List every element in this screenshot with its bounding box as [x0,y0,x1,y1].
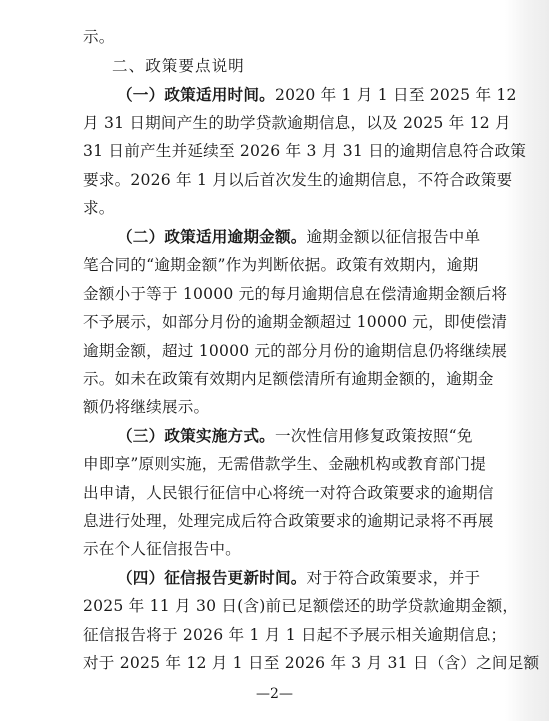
paragraph-2-title: （二）政策适用逾期金额。 [117,228,307,246]
paragraph-3-title: （三）政策实施方式。 [117,427,275,445]
paragraph-2-line: 笔合同的“逾期金额”作为判断依据。政策有效期内，逾期 [83,255,445,275]
section-heading: 二、政策要点说明 [112,56,245,76]
paragraph-3-line: 示在个人征信报告中。 [83,539,445,559]
paragraph-1-first-line: （一）政策适用时间。2020 年 1 月 1 日至 2025 年 12 [117,85,445,105]
paragraph-2-line: 示。如未在政策有效期内足额偿清所有逾期金额的，逾期金 [83,369,445,389]
paragraph-3-line: 息进行处理，处理完成后符合政策要求的逾期记录将不再展 [83,511,445,531]
paragraph-1-line: 月 31 日期间产生的助学贷款逾期信息，以及 2025 年 12 月 [83,113,445,133]
paragraph-2-line: 逾期金额，超过 10000 元的部分月份的逾期信息仍将继续展 [83,341,445,361]
paragraph-4-first-line: （四）征信报告更新时间。对于符合政策要求，并于 [117,568,445,588]
paragraph-2-line: 额仍将继续展示。 [83,397,445,417]
paragraph-2-line: 不予展示，如部分月份的逾期金额超过 10000 元，即使偿清 [83,312,445,332]
paragraph-3-line: 出申请，人民银行征信中心将统一对符合政策要求的逾期信 [83,483,445,503]
paragraph-3-first-line: （三）政策实施方式。一次性信用修复政策按照“免 [117,426,445,446]
paragraph-4-line: 2025 年 11 月 30 日(含)前已足额偿还的助学贷款逾期金额， [83,596,445,616]
paragraph-1-title: （一）政策适用时间。 [117,86,275,104]
paragraph-1-line: 31 日前产生并延续至 2026 年 3 月 31 日的逾期信息符合政策 [83,141,445,161]
paragraph-2-first-line: （二）政策适用逾期金额。逾期金额以征信报告中单 [117,227,445,247]
paragraph-1-line: 求。 [83,198,445,218]
document-page: 示。 二、政策要点说明 （一）政策适用时间。2020 年 1 月 1 日至 20… [0,0,549,721]
page-number: —2— [0,686,549,702]
carryover-line: 示。 [83,27,445,47]
paragraph-1-line: 要求。2026 年 1 月以后首次发生的逾期信息，不符合政策要 [83,170,445,190]
paragraph-4-line: 对于 2025 年 12 月 1 日至 2026 年 3 月 31 日（含）之间… [83,653,445,673]
paragraph-4-title: （四）征信报告更新时间。 [117,569,307,587]
paragraph-4-line: 征信报告将于 2026 年 1 月 1 日起不予展示相关逾期信息； [83,625,445,645]
paragraph-3-line: 申即享”原则实施，无需借款学生、金融机构或教育部门提 [83,454,445,474]
paragraph-2-line: 金额小于等于 10000 元的每月逾期信息在偿清逾期金额后将 [83,284,445,304]
